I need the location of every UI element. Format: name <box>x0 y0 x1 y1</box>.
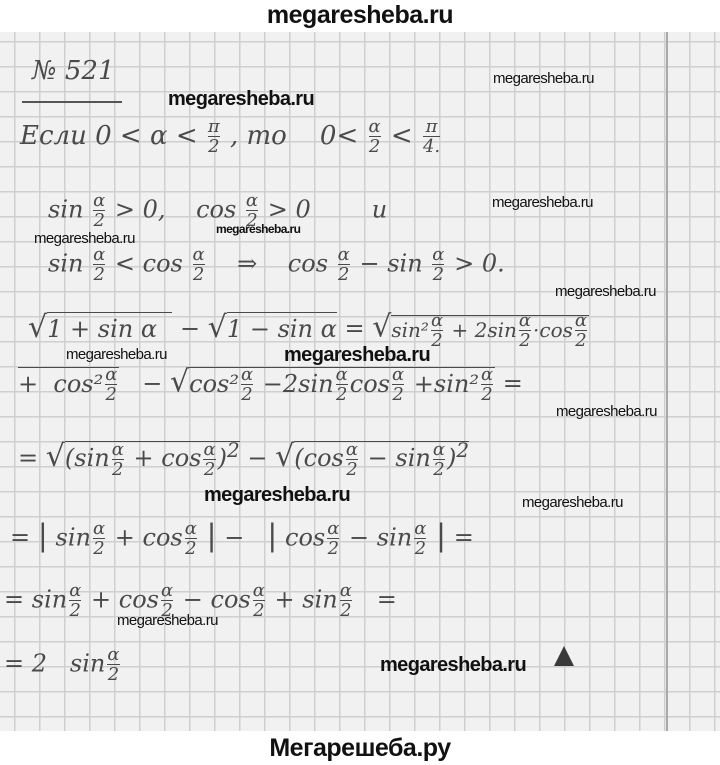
watermark: megaresheba.ru <box>522 494 623 511</box>
watermark: megaresheba.ru <box>216 222 300 236</box>
sqrt: √1 − sin α <box>208 313 337 343</box>
line-expr4: = | sinα2 + cosα2 | − | cosα2 − sinα2 | … <box>10 520 474 558</box>
fraction: π4. <box>423 118 440 156</box>
watermark: megaresheba.ru <box>204 484 350 507</box>
fraction: α2 <box>338 246 350 284</box>
problem-number-underline <box>22 101 122 103</box>
line-compare: sin α2 < cos α2 ⇒ cos α2 − sin α2 > 0. <box>48 246 505 284</box>
line-expr3: = √(sinα2 + cosα2)2 − √(cosα2 − sinα2)2 <box>18 440 469 479</box>
line-condition: Если 0 < α < π2 , то 0< α2 < π4. <box>20 118 442 156</box>
sqrt: √(cosα2 − sinα2)2 <box>275 440 469 479</box>
fraction: α2 <box>369 118 381 156</box>
watermark: megaresheba.ru <box>556 403 657 420</box>
watermark: megaresheba.ru <box>493 70 594 87</box>
problem-number: № 521 <box>32 58 115 84</box>
watermark: megaresheba.ru <box>380 654 526 677</box>
fraction: α2 <box>93 192 105 230</box>
watermark: megaresheba.ru <box>66 346 167 363</box>
watermark: megaresheba.ru <box>492 194 593 211</box>
fraction: α2 <box>432 246 444 284</box>
watermark: megaresheba.ru <box>555 283 656 300</box>
end-of-solution-mark-icon <box>554 646 574 666</box>
site-header: megaresheba.ru <box>0 0 720 32</box>
watermark: megaresheba.ru <box>117 612 218 629</box>
line-answer: = 2 sinα2 <box>4 646 122 684</box>
sqrt: √cos²α2 −2sinα2cosα2 +sin²α2 <box>170 366 495 404</box>
site-footer: Мегарешеба.ру <box>0 731 720 765</box>
fraction: π2 <box>208 118 220 156</box>
fraction: α2 <box>93 246 105 284</box>
fraction: α2 <box>193 246 205 284</box>
watermark: megaresheba.ru <box>168 88 314 111</box>
sqrt: √1 + sin α <box>28 313 172 343</box>
line-expr2: + cos²α2 − √cos²α2 −2sinα2cosα2 +sin²α2 … <box>18 366 523 404</box>
watermark: megaresheba.ru <box>284 344 430 367</box>
sqrt: √(sinα2 + cosα2)2 <box>46 440 240 479</box>
watermark: megaresheba.ru <box>34 230 135 247</box>
